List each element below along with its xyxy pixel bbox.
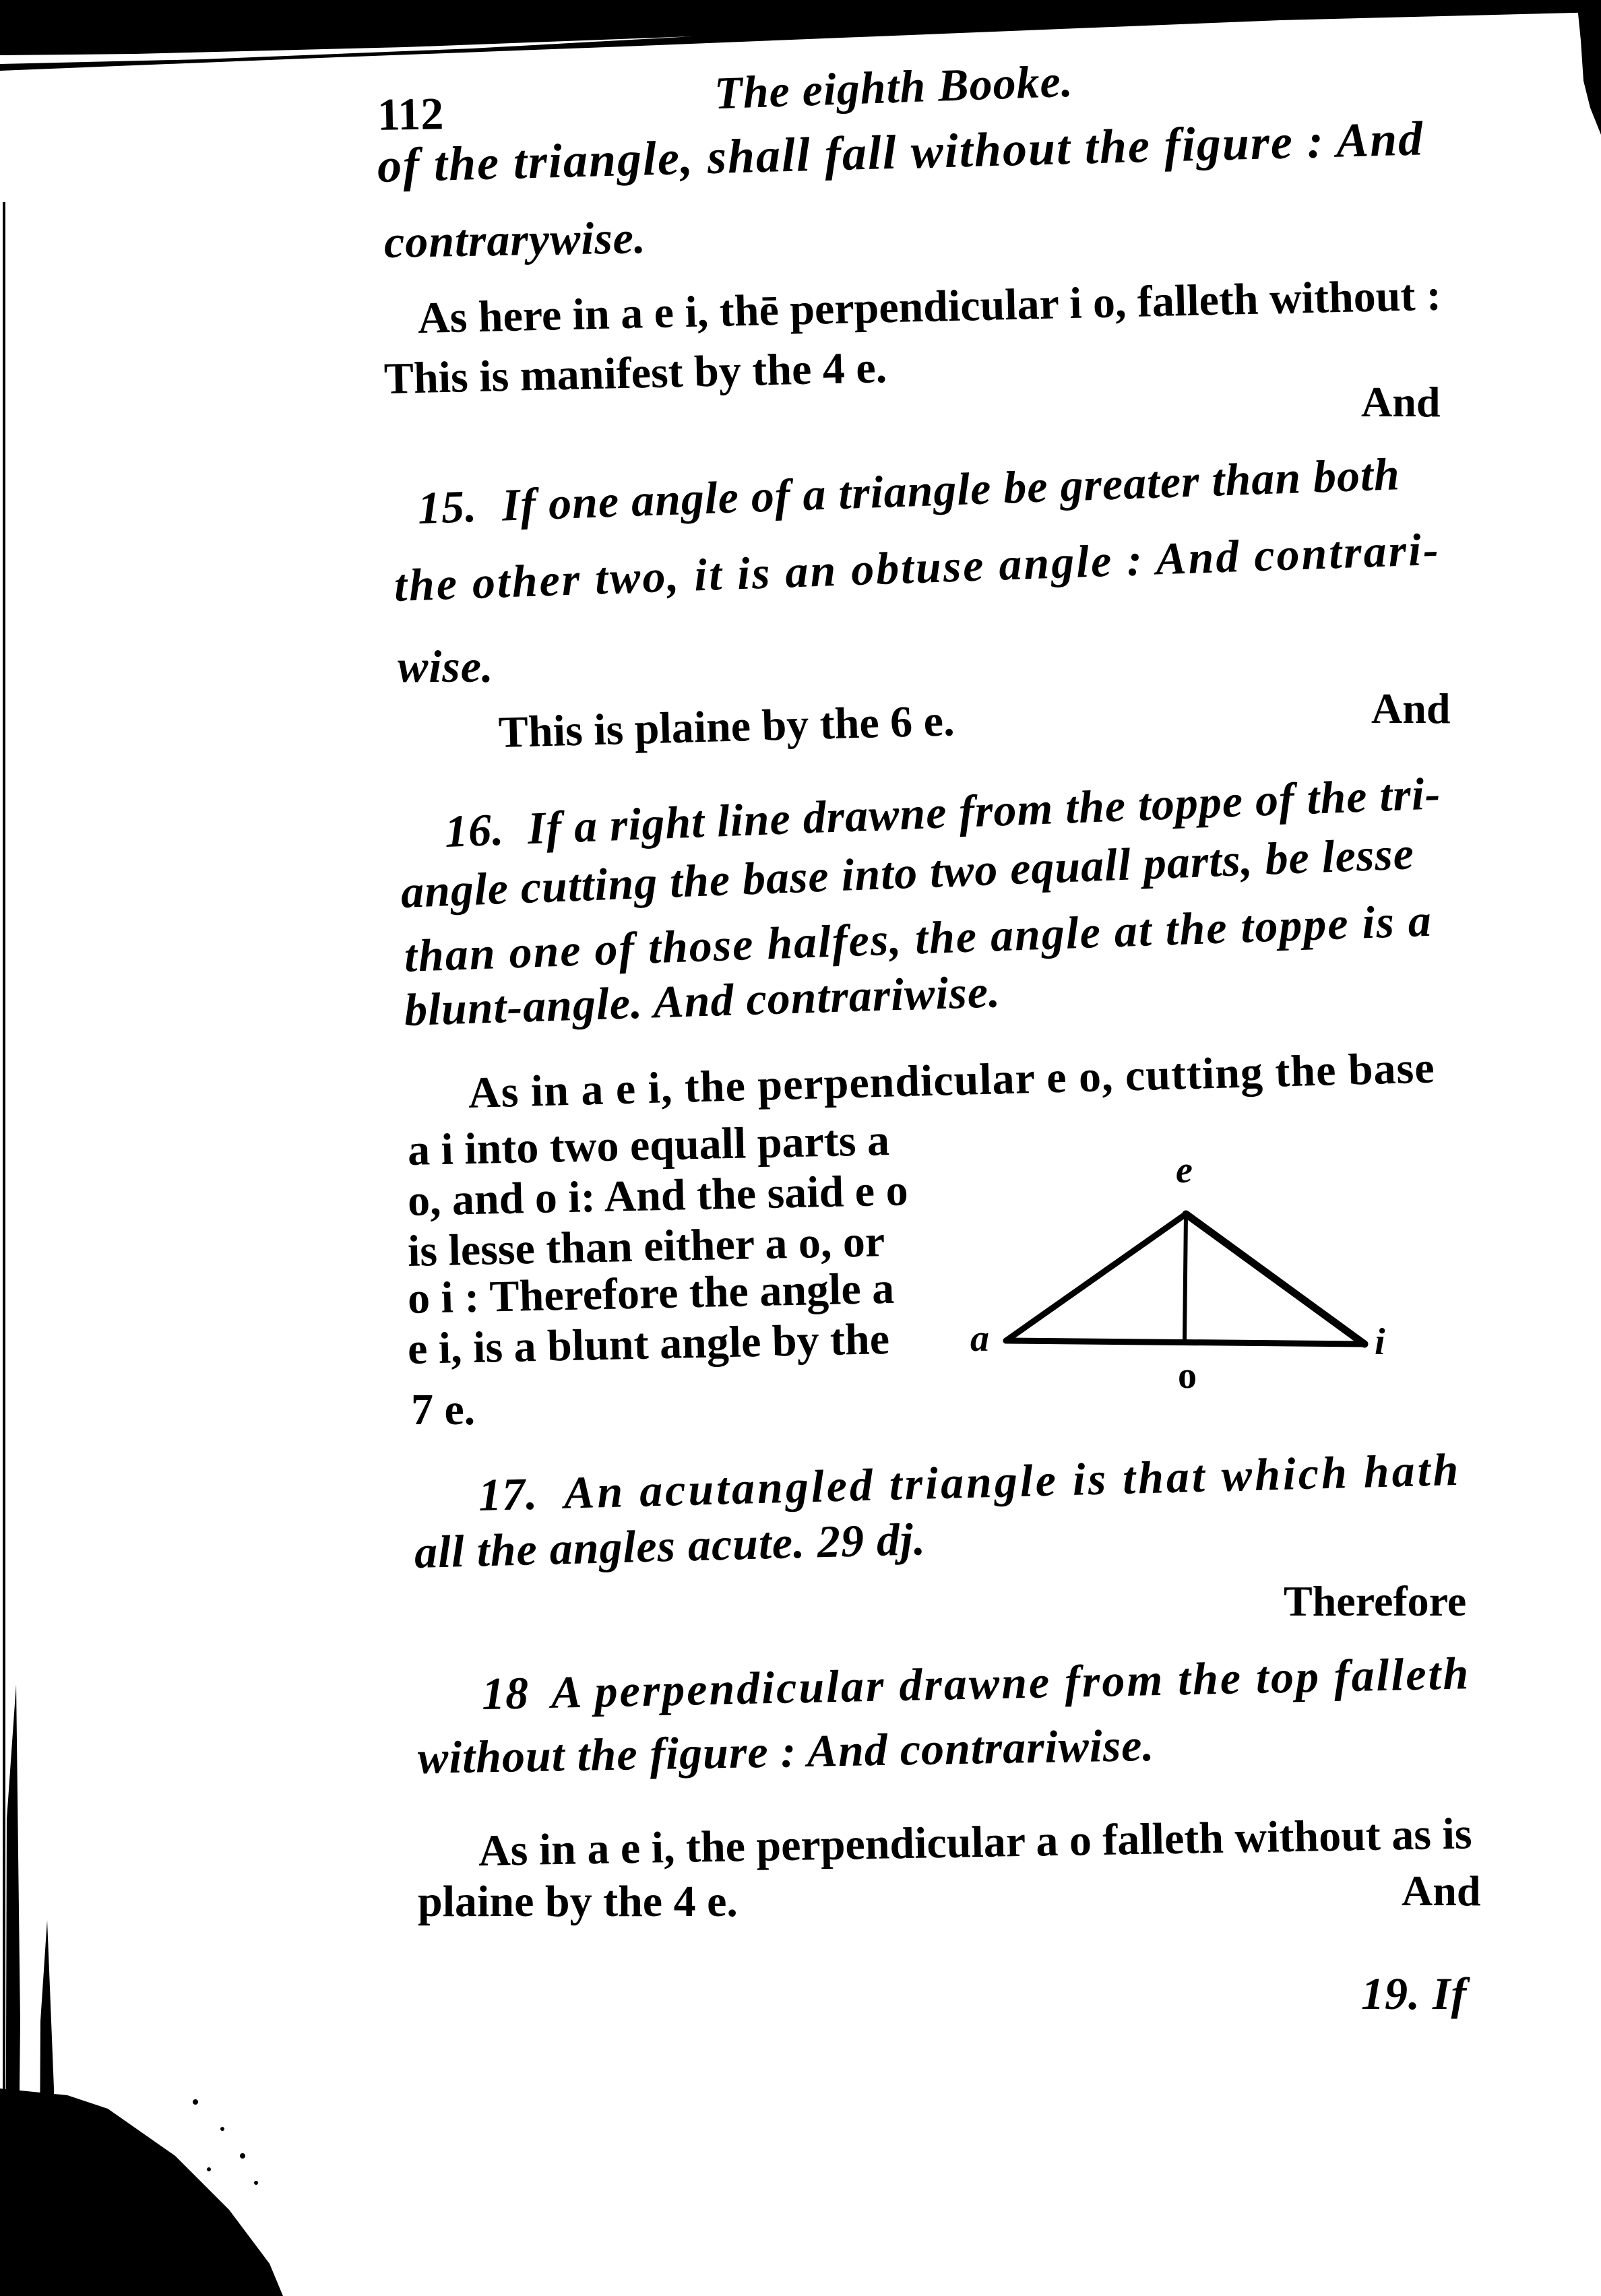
proposition-17-line-2: all the angles acute. 29 dj. (414, 1516, 927, 1575)
scan-top-border (0, 0, 1601, 74)
explanation-1-line-2: This is manifest by the 4 e. (383, 346, 887, 402)
page-number: 112 (377, 87, 444, 141)
continuation-line-1: of the triangle, shall fall without the … (377, 114, 1424, 190)
explanation-4-line-1: As in a e i, the perpendicular a o falle… (478, 1812, 1472, 1874)
binding-shadow-left (0, 202, 74, 2296)
catchword-4: And (1402, 1866, 1480, 1916)
catchword-3: Therefore (1284, 1576, 1466, 1626)
side-ei (1186, 1214, 1364, 1344)
explanation-4-line-2: plaine by the 4 e. (418, 1880, 738, 1924)
vertex-label-e: e (1176, 1149, 1193, 1192)
explanation-3-line-7: 7 e. (411, 1388, 475, 1432)
explanation-3-line-1: As in a e i, the perpendicular e o, cutt… (468, 1046, 1435, 1116)
proposition-number: 18 (481, 1667, 530, 1719)
perpendicular-eo (1185, 1214, 1186, 1341)
proposition-18-line-2: without the figure : And contrariwise. (417, 1722, 1154, 1781)
proposition-number: 15. (417, 480, 478, 534)
catchword-2: And (1371, 684, 1450, 734)
explanation-3-line-3: o, and o i: And the said e o (407, 1168, 908, 1223)
proposition-15-line-3: wise. (398, 643, 494, 689)
vertex-label-i: i (1375, 1320, 1385, 1364)
proposition-number: 17. (478, 1468, 538, 1521)
scan-right-edge (1570, 0, 1601, 135)
proposition-18: 18 A perpendicular drawne from the top f… (481, 1650, 1471, 1717)
proposition-15: 15. If one angle of a triangle be greate… (417, 451, 1401, 531)
binding-shadow-bottom (0, 2021, 472, 2296)
proposition-17-line-1: An acutangled triangle is that which hat… (563, 1444, 1462, 1519)
vertex-label-a: a (970, 1317, 989, 1360)
explanation-2-line-1: This is plaine by the 6 e. (498, 699, 955, 755)
explanation-3-line-2: a i into two equall parts a (407, 1118, 889, 1173)
proposition-15-line-2: the other two, it is an obtuse angle : A… (394, 526, 1441, 608)
explanation-3-line-5: o i : Therefore the angle a (407, 1267, 894, 1321)
explanation-3-line-6: e i, is a blunt angle by the (407, 1317, 889, 1372)
vertex-label-o: o (1178, 1354, 1197, 1397)
proposition-number: 16. (444, 804, 505, 857)
proposition-17: 17. An acutangled triangle is that which… (478, 1446, 1462, 1518)
side-ae (1006, 1214, 1186, 1341)
footer-catchword: 19. If (1361, 1967, 1467, 2020)
explanation-1-line-1: As here in a e i, thē perpendicular i o,… (417, 274, 1441, 341)
proposition-18-line-1: A perpendicular drawne from the top fall… (551, 1647, 1471, 1718)
continuation-line-2: contrarywise. (383, 214, 646, 265)
proposition-15-line-1: If one angle of a triangle be greater th… (501, 448, 1401, 530)
catchword-1: And (1361, 377, 1440, 427)
